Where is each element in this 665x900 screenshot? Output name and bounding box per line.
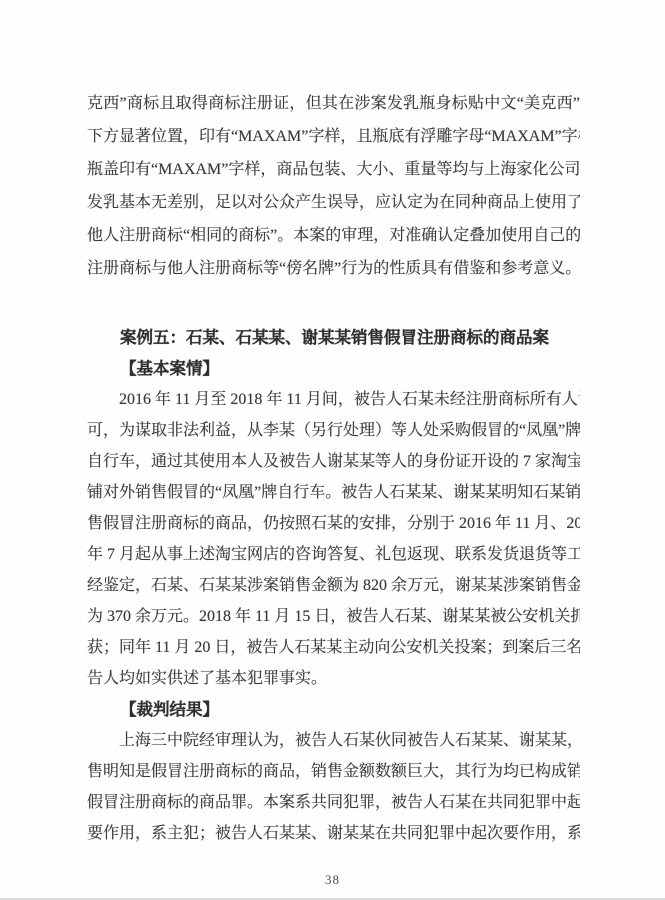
text-line: 注册商标与他人注册商标等“傍名牌”行为的性质具有借鉴和参考意义。	[87, 252, 580, 285]
text-line: 2016 年 11 月至 2018 年 11 月间，被告人石某未经注册商标所有人…	[87, 384, 580, 415]
text-line: 发乳基本无差别，足以对公众产生误导，应认定为在同种商品上使用了与	[87, 186, 580, 219]
text-line: 经鉴定，石某、石某某涉案销售金额为 820 余万元，谢某某涉案销售金额	[87, 570, 580, 601]
document-body: 克西”商标且取得商标注册证，但其在涉案发乳瓶身标贴中文“美克西”下方显著位置，印…	[87, 87, 580, 849]
page-number: 38	[0, 872, 665, 888]
text-line: 他人注册商标“相同的商标”。本案的审理，对准确认定叠加使用自己的	[87, 219, 580, 252]
section-heading: 【裁判结果】	[87, 694, 580, 725]
paragraph: 克西”商标且取得商标注册证，但其在涉案发乳瓶身标贴中文“美克西”下方显著位置，印…	[87, 87, 580, 285]
text-line: 售明知是假冒注册商标的商品，销售金额数额巨大，其行为均已构成销售	[87, 756, 580, 787]
text-line: 可，为谋取非法利益，从李某（另行处理）等人处采购假冒的“凤凰”牌	[87, 415, 580, 446]
document-page: 克西”商标且取得商标注册证，但其在涉案发乳瓶身标贴中文“美克西”下方显著位置，印…	[0, 0, 665, 900]
text-line: 瓶盖印有“MAXAM”字样，商品包装、大小、重量等均与上海家化公司的	[87, 153, 580, 186]
case-heading: 案例五：石某、石某某、谢某某销售假冒注册商标的商品案	[87, 322, 580, 353]
text-line: 克西”商标且取得商标注册证，但其在涉案发乳瓶身标贴中文“美克西”	[87, 87, 580, 120]
section-heading: 【基本案情】	[87, 353, 580, 384]
text-line: 年 7 月起从事上述淘宝网店的咨询答复、礼包返现、联系发货退货等工作。	[87, 539, 580, 570]
text-line: 下方显著位置，印有“MAXAM”字样，且瓶底有浮雕字母“MAXAM”字样，	[87, 120, 580, 153]
text-line: 上海三中院经审理认为，被告人石某伙同被告人石某某、谢某某，销	[87, 725, 580, 756]
paragraph: 2016 年 11 月至 2018 年 11 月间，被告人石某未经注册商标所有人…	[87, 384, 580, 694]
text-line: 为 370 余万元。2018 年 11 月 15 日，被告人石某、谢某某被公安机…	[87, 601, 580, 632]
text-line: 获；同年 11 月 20 日，被告人石某某主动向公安机关投案；到案后三名被	[87, 632, 580, 663]
text-line: 告人均如实供述了基本犯罪事实。	[87, 663, 580, 694]
text-line: 售假冒注册商标的商品，仍按照石某的安排，分别于 2016 年 11 月、2018	[87, 508, 580, 539]
text-line: 假冒注册商标的商品罪。本案系共同犯罪，被告人石某在共同犯罪中起主	[87, 787, 580, 818]
text-line: 自行车，通过其使用本人及被告人谢某某等人的身份证开设的 7 家淘宝店	[87, 446, 580, 477]
text-line: 铺对外销售假冒的“凤凰”牌自行车。被告人石某某、谢某某明知石某销	[87, 477, 580, 508]
text-line: 要作用，系主犯；被告人石某某、谢某某在共同犯罪中起次要作用，系从	[87, 818, 580, 849]
paragraph: 上海三中院经审理认为，被告人石某伙同被告人石某某、谢某某，销售明知是假冒注册商标…	[87, 725, 580, 849]
